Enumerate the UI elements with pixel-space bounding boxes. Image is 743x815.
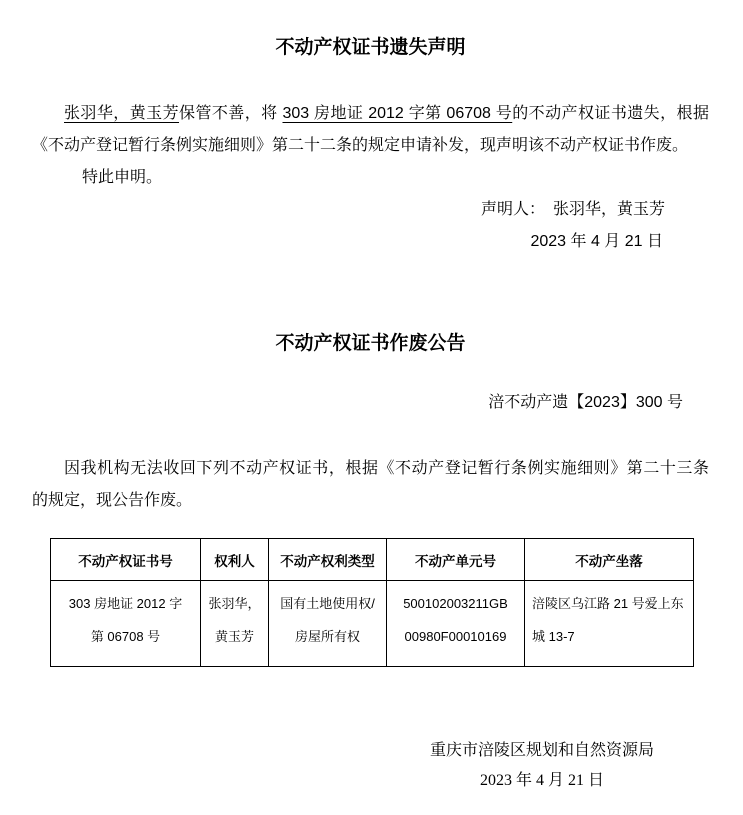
cell-certificate-number: 303 房地证 2012 字 第 06708 号 (51, 581, 201, 667)
declaration-date: 2023 年 4 月 21 日 (32, 226, 709, 258)
certificates-table: 不动产权证书号 权利人 不动产权利类型 不动产单元号 不动产坐落 303 房地证… (50, 538, 694, 667)
declarant-names: 张羽华，黄玉芳 (553, 201, 665, 218)
cell-right-type: 国有土地使用权/ 房屋所有权 (269, 581, 387, 667)
table-header-row: 不动产权证书号 权利人 不动产权利类型 不动产单元号 不动产坐落 (51, 539, 694, 581)
owner-names-underlined: 张羽华，黄玉芳 (64, 105, 179, 122)
signature-block: 重庆市涪陵区规划和自然资源局 2023 年 4 月 21 日 (422, 736, 662, 796)
cell-location: 涪陵区乌江路 21 号爱上东 城 13-7 (525, 581, 694, 667)
header-unit-number: 不动产单元号 (387, 539, 525, 581)
declaration-line-1: 张羽华，黄玉芳保管不善，将 303 房地证 2012 字第 06708 号的不动… (32, 98, 709, 130)
issuer-name: 重庆市涪陵区规划和自然资源局 (422, 736, 662, 766)
announcement-body: 因我机构无法收回下列不动产权证书，根据《不动产登记暂行条例实施细则》第二十三条 … (32, 453, 709, 517)
announcement-line-2: 的规定，现公告作废。 (32, 485, 709, 517)
declaration-title: 不动产权证书遗失声明 (32, 0, 709, 60)
certificate-number-underlined: 303 房地证 2012 字第 06708 号 (282, 105, 512, 122)
declaration-line-2: 《不动产登记暂行条例实施细则》第二十二条的规定申请补发，现声明该不动产权证书作废… (32, 130, 709, 162)
header-location: 不动产坐落 (525, 539, 694, 581)
declaration-closing: 特此申明。 (32, 162, 709, 194)
table-row: 303 房地证 2012 字 第 06708 号 张羽华， 黄玉芳 国有土地使用… (51, 581, 694, 667)
declarant-line: 声明人：张羽华，黄玉芳 (32, 194, 709, 226)
header-right-holder: 权利人 (201, 539, 269, 581)
header-certificate-number: 不动产权证书号 (51, 539, 201, 581)
cell-right-holder: 张羽华， 黄玉芳 (201, 581, 269, 667)
cell-unit-number: 500102003211GB 00980F00010169 (387, 581, 525, 667)
declaration-section: 不动产权证书遗失声明 张羽华，黄玉芳保管不善，将 303 房地证 2012 字第… (32, 0, 709, 258)
announcement-line-1: 因我机构无法收回下列不动产权证书，根据《不动产登记暂行条例实施细则》第二十三条 (32, 453, 709, 485)
announcement-title: 不动产权证书作废公告 (32, 332, 709, 356)
declarant-label: 声明人： (481, 201, 545, 218)
header-right-type: 不动产权利类型 (269, 539, 387, 581)
announcement-doc-number: 涪不动产遗【2023】300 号 (32, 392, 709, 414)
declaration-line-1-mid: 保管不善，将 (179, 105, 282, 122)
issue-date: 2023 年 4 月 21 日 (422, 766, 662, 796)
declaration-line-1-tail: 的不动产权证书遗失，根据 (512, 105, 709, 122)
declaration-body: 张羽华，黄玉芳保管不善，将 303 房地证 2012 字第 06708 号的不动… (32, 98, 709, 258)
document-page: 不动产权证书遗失声明 张羽华，黄玉芳保管不善，将 303 房地证 2012 字第… (0, 0, 743, 815)
announcement-section: 不动产权证书作废公告 涪不动产遗【2023】300 号 因我机构无法收回下列不动… (32, 332, 709, 796)
